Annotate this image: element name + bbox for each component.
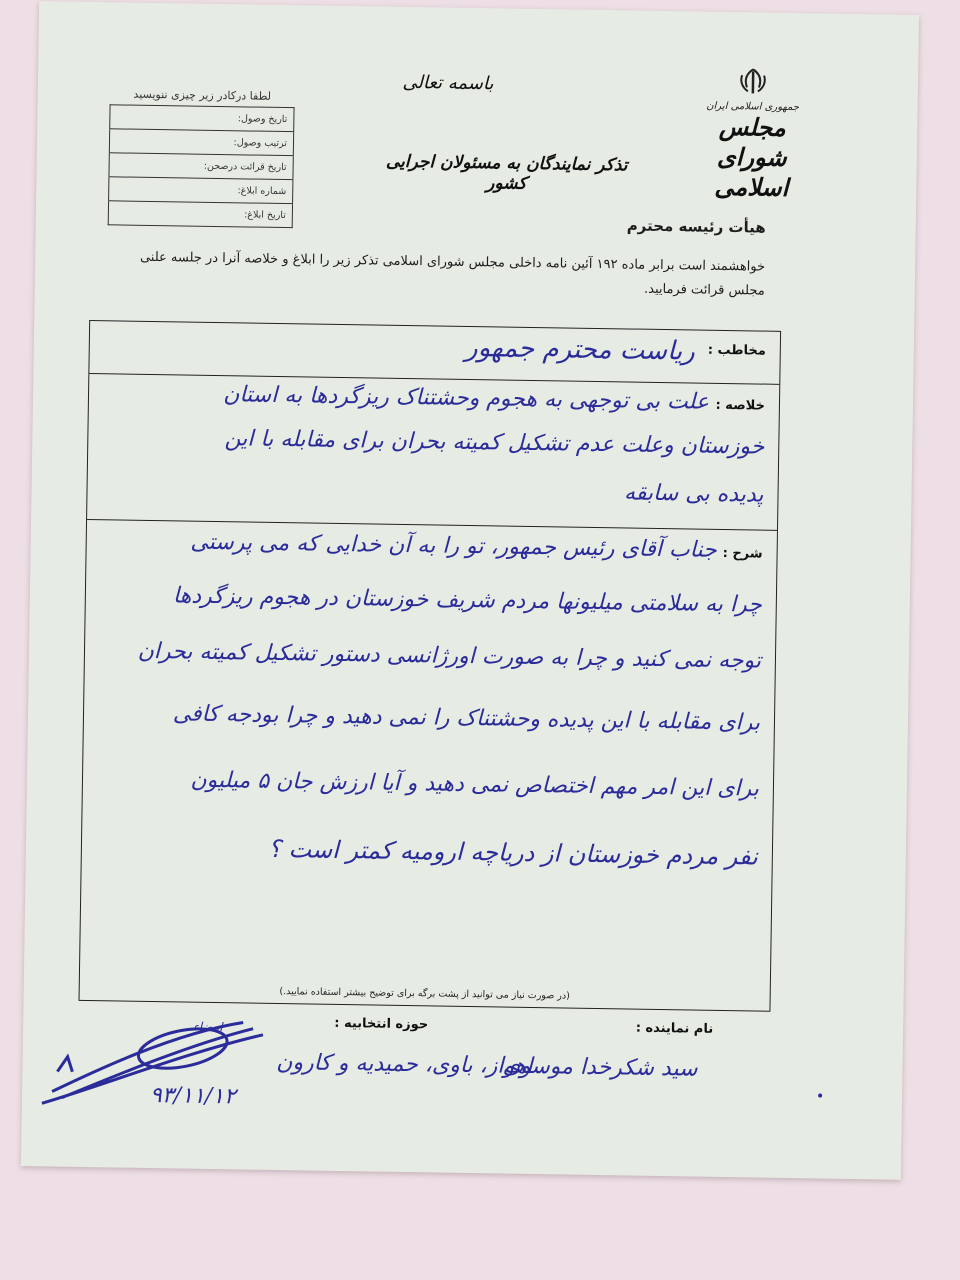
ink-dot <box>818 1094 822 1098</box>
signature-label: امضاء <box>193 1020 223 1034</box>
description-line: برای مقابله با این پدیده وحشتناک را نمی … <box>173 701 761 735</box>
description-line: جناب آقای رئیس جمهور، تو را به آن خدایی … <box>190 530 717 563</box>
addressee-heading: هیأت رئیسه محترم <box>627 216 766 236</box>
emblem-of-iran-icon <box>688 66 819 102</box>
office-field-reading-date: تاریخ قرائت درصحن: <box>109 153 293 180</box>
office-box-table: تاریخ وصول: ترتیب وصول: تاریخ قرائت درصح… <box>108 104 295 228</box>
intro-paragraph: خواهشمند است برابر ماده ۱۹۲ آئین نامه دا… <box>105 245 766 303</box>
parliament-emblem: جمهوری اسلامی ایران مجلس شورای اسلامی <box>686 66 818 203</box>
description-row: شرح : جناب آقای رئیس جمهور، تو را به آن … <box>80 519 777 1011</box>
summary-line: خوزستان وعلت عدم تشکیل کمیته بحران برای … <box>224 426 764 459</box>
basmala-heading: باسمه تعالی <box>393 72 503 95</box>
summary-label: خلاصه : <box>715 398 765 414</box>
office-field-receipt-date: تاریخ وصول: <box>110 105 294 132</box>
description-line: چرا به سلامتی میلیونها مردم شریف خوزستان… <box>173 583 762 617</box>
constituency-label: حوزه انتخابیه : <box>334 1016 428 1032</box>
summary-line: پدیده بی سابقه <box>624 480 764 507</box>
description-line: توجه نمی کنید و چرا به صورت اورژانسی دست… <box>138 639 762 674</box>
description-line: برای این امر مهم اختصاص نمی دهید و آیا ا… <box>190 768 759 802</box>
description-label: شرح : <box>723 546 763 562</box>
form-footnote: (در صورت نیاز می توانید از پشت برگه برای… <box>80 983 770 1005</box>
summary-line: علت بی توجهی به هجوم وحشتناک ریزگردها به… <box>223 382 709 415</box>
reminder-form: مخاطب : ریاست محترم جمهور خلاصه : علت بی… <box>79 320 782 1012</box>
date-value: ۹۳/۱۱/۱۲ <box>150 1083 236 1109</box>
emblem-line-parliament: مجلس شورای اسلامی <box>686 111 817 203</box>
form-sheet: لطفا درکادر زیر چیزی ننویسید تاریخ وصول:… <box>21 1 919 1180</box>
office-field-notice-number: شماره ابلاغ: <box>109 177 293 204</box>
subject-value: ریاست محترم جمهور <box>465 333 695 367</box>
office-field-notice-date: تاریخ ابلاغ: <box>108 201 292 228</box>
form-title: تذکر نمایندگان به مسئولان اجرایی کشور <box>366 151 647 195</box>
office-field-receipt-order: ترتیب وصول: <box>109 129 293 156</box>
representative-label: نام نماینده : <box>636 1021 714 1037</box>
subject-label: مخاطب : <box>708 343 766 359</box>
office-use-box: لطفا درکادر زیر چیزی ننویسید تاریخ وصول:… <box>108 87 295 228</box>
office-box-caption: لطفا درکادر زیر چیزی ننویسید <box>110 87 295 103</box>
summary-row: خلاصه : علت بی توجهی به هجوم وحشتناک ریز… <box>87 373 779 530</box>
constituency-value: اهواز، باوی، حمیدیه و کارون <box>276 1050 533 1079</box>
description-line: نفر مردم خوزستان از دریاچه ارومیه کمتر ا… <box>268 835 758 871</box>
